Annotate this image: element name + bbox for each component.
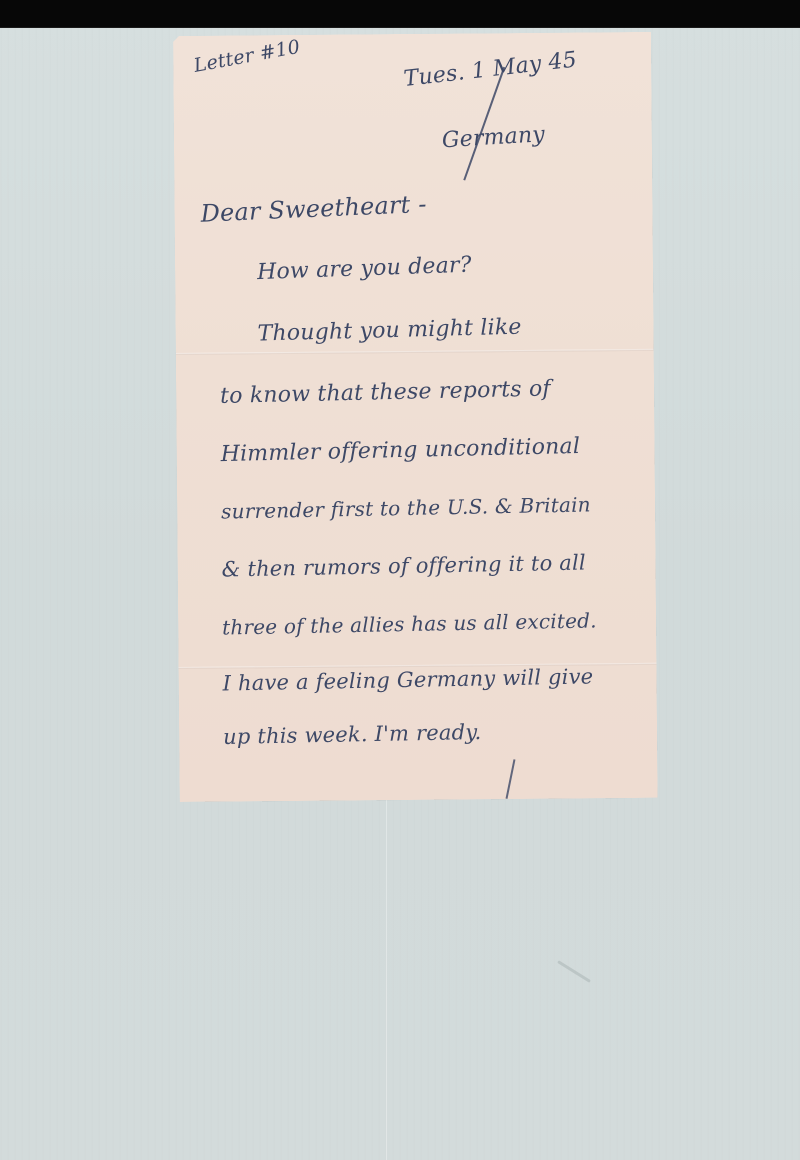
paper-fold-line [176,349,654,355]
pen-flourish [506,759,516,799]
body-line: to know that these reports of [220,376,551,408]
letter-date: Tues. 1 May 45 [402,47,578,92]
top-black-strip [0,0,800,28]
body-line: & then rumors of offering it to all [221,551,586,582]
letter-sheet: Letter #10 Tues. 1 May 45 Germany Dear S… [173,32,658,802]
body-line: up this week. I'm ready. [223,720,482,749]
body-line: Thought you might like [257,315,522,347]
background-crease [386,800,387,1160]
letter-number: Letter #10 [192,36,302,77]
body-line: Himmler offering unconditional [220,434,580,467]
body-line: I have a feeling Germany will give [222,664,593,695]
salutation: Dear Sweetheart - [200,190,427,228]
body-line: How are you dear? [257,253,472,285]
body-line: three of the allies has us all excited. [222,608,597,639]
letter-place: Germany [441,122,545,153]
body-line: surrender first to the U.S. & Britain [221,492,591,523]
